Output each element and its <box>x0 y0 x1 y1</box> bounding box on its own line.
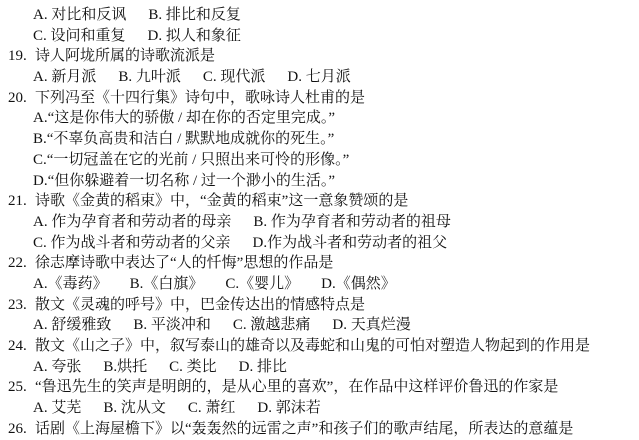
options-row: A. 夸张B.烘托C. 类比D. 排比 <box>0 357 639 378</box>
option-item: A. 艾芜 <box>33 400 81 416</box>
question-number: 25. <box>8 377 30 398</box>
question-line: 20.下列冯至《十四行集》诗句中，歌咏诗人杜甫的是 <box>0 88 639 109</box>
option-item: D.《偶然》 <box>321 276 396 292</box>
question-line: 25.“鲁迅先生的笑声是明朗的，是从心里的喜欢”，在作品中这样评价鲁迅的作家是 <box>0 377 639 398</box>
question-stem: “鲁迅先生的笑声是明朗的，是从心里的喜欢”，在作品中这样评价鲁迅的作家是 <box>35 379 558 395</box>
options-row: D.“但你躲避着一切名称 / 过一个渺小的生活。” <box>0 171 639 192</box>
options-row: A.《毒药》B.《白旗》C.《婴儿》D.《偶然》 <box>0 274 639 295</box>
option-item: B.烘托 <box>103 359 147 375</box>
options-row: A. 对比和反讽B. 排比和反复 <box>0 5 639 26</box>
option-item: A. 新月派 <box>33 69 96 85</box>
question-stem: 诗人阿垅所属的诗歌流派是 <box>35 48 215 64</box>
options-row: A. 作为孕育者和劳动者的母亲B. 作为孕育者和劳动者的祖母 <box>0 212 639 233</box>
question-number: 20. <box>8 88 30 109</box>
option-item: A. 作为孕育者和劳动者的母亲 <box>33 214 231 230</box>
question-number: 21. <box>8 191 30 212</box>
question-number: 24. <box>8 336 30 357</box>
option-item: C. 激越悲痛 <box>233 317 311 333</box>
option-item: D. 拟人和象征 <box>148 28 241 44</box>
question-number: 19. <box>8 46 30 67</box>
option-item: D. 七月派 <box>287 69 350 85</box>
question-stem: 散文《灵魂的呼号》中，巴金传达出的情感特点是 <box>35 297 365 313</box>
option-item: D.“但你躲避着一切名称 / 过一个渺小的生活。” <box>33 173 335 189</box>
option-item: C.《婴儿》 <box>225 276 299 292</box>
question-number: 26. <box>8 419 30 440</box>
option-item: B.“不辜负高贵和洁白 / 默默地成就你的死生。” <box>33 131 334 147</box>
option-item: A.“这是你伟大的骄傲 / 却在你的否定里完成。” <box>33 110 335 126</box>
option-item: D. 天真烂漫 <box>332 317 410 333</box>
question-line: 24.散文《山之子》中，叙写泰山的雄奇以及毒蛇和山鬼的可怕对塑造人物起到的作用是 <box>0 336 639 357</box>
question-stem: 散文《山之子》中，叙写泰山的雄奇以及毒蛇和山鬼的可怕对塑造人物起到的作用是 <box>35 338 590 354</box>
options-row: C.“一切冠盖在它的光前 / 只照出来可怜的形像。” <box>0 150 639 171</box>
option-item: B. 排比和反复 <box>148 7 241 23</box>
option-item: C. 类比 <box>169 359 217 375</box>
option-item: B. 沈从文 <box>103 400 166 416</box>
option-item: D. 排比 <box>239 359 287 375</box>
option-item: B. 九叶派 <box>118 69 181 85</box>
option-item: A.《毒药》 <box>33 276 108 292</box>
option-item: B. 作为孕育者和劳动者的祖母 <box>253 214 451 230</box>
option-item: B. 平淡冲和 <box>133 317 211 333</box>
option-item: B.《白旗》 <box>130 276 204 292</box>
options-row: A. 艾芜B. 沈从文C. 萧红D. 郭沫若 <box>0 398 639 419</box>
option-item: A. 舒缓雅致 <box>33 317 111 333</box>
question-line: 21.诗歌《金黄的稻束》中，“金黄的稻束”这一意象赞颂的是 <box>0 191 639 212</box>
options-row: C. 作为战斗者和劳动者的父亲D.作为战斗者和劳动者的祖父 <box>0 233 639 254</box>
question-stem: 下列冯至《十四行集》诗句中，歌咏诗人杜甫的是 <box>35 90 365 106</box>
options-row: B.“不辜负高贵和洁白 / 默默地成就你的死生。” <box>0 129 639 150</box>
option-item: C. 萧红 <box>188 400 236 416</box>
options-row: A. 新月派B. 九叶派C. 现代派D. 七月派 <box>0 67 639 88</box>
option-item: C. 现代派 <box>203 69 266 85</box>
options-row: A. 舒缓雅致B. 平淡冲和C. 激越悲痛D. 天真烂漫 <box>0 315 639 336</box>
option-item: C. 作为战斗者和劳动者的父亲 <box>33 235 231 251</box>
option-item: C.“一切冠盖在它的光前 / 只照出来可怜的形像。” <box>33 152 349 168</box>
question-line: 19.诗人阿垅所属的诗歌流派是 <box>0 46 639 67</box>
question-line: 23.散文《灵魂的呼号》中，巴金传达出的情感特点是 <box>0 295 639 316</box>
option-item: A. 对比和反讽 <box>33 7 126 23</box>
option-item: D. 郭沫若 <box>257 400 320 416</box>
question-line: 26.话剧《上海屋檐下》以“轰轰然的远雷之声”和孩子们的歌声结尾，所表达的意蕴是 <box>0 419 639 440</box>
options-row: A.“这是你伟大的骄傲 / 却在你的否定里完成。” <box>0 108 639 129</box>
question-stem: 话剧《上海屋檐下》以“轰轰然的远雷之声”和孩子们的歌声结尾，所表达的意蕴是 <box>35 421 573 437</box>
question-stem: 徐志摩诗歌中表达了“人的忏悔”思想的作品是 <box>35 255 333 271</box>
exam-document-page: A. 对比和反讽B. 排比和反复C. 设问和重复D. 拟人和象征19.诗人阿垅所… <box>0 0 639 440</box>
option-item: D.作为战斗者和劳动者的祖父 <box>253 235 448 251</box>
option-item: A. 夸张 <box>33 359 81 375</box>
question-number: 23. <box>8 295 30 316</box>
options-row: C. 设问和重复D. 拟人和象征 <box>0 26 639 47</box>
question-number: 22. <box>8 253 30 274</box>
question-stem: 诗歌《金黄的稻束》中，“金黄的稻束”这一意象赞颂的是 <box>35 193 408 209</box>
option-item: C. 设问和重复 <box>33 28 126 44</box>
question-line: 22.徐志摩诗歌中表达了“人的忏悔”思想的作品是 <box>0 253 639 274</box>
